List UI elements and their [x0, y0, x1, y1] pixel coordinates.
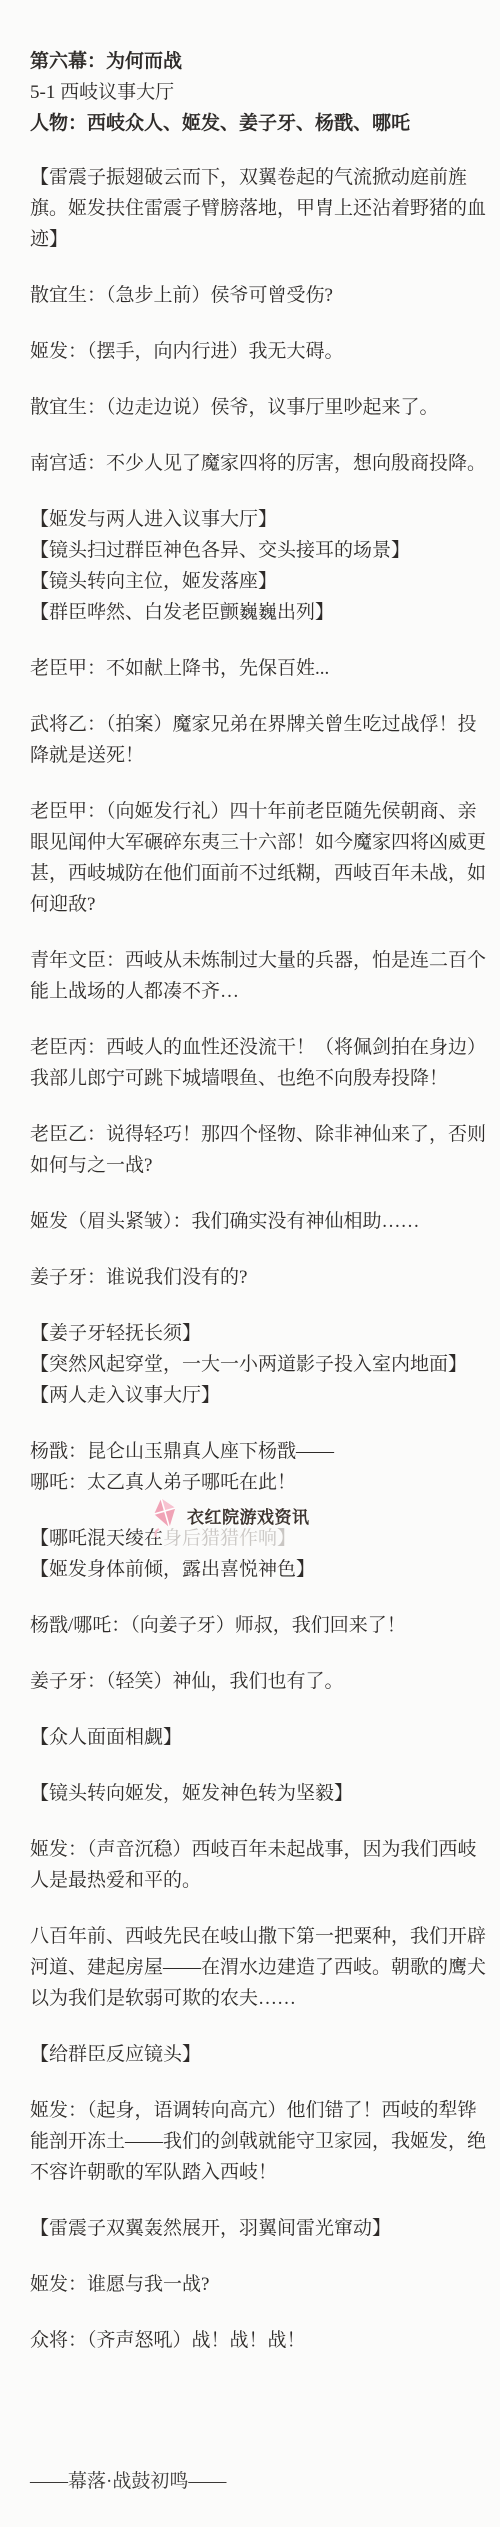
script-paragraph-dialogue: 老臣甲：不如献上降书，先保百姓... [30, 653, 470, 684]
script-paragraph-dialogue: 老臣乙：说得轻巧！那四个怪物、除非神仙来了，否则如何与之一战? [30, 1119, 470, 1181]
script-line: 老臣乙：说得轻巧！那四个怪物、除非神仙来了，否则 [30, 1119, 470, 1150]
script-line: 河道、建起房屋——在渭水边建造了西岐。朝歌的鹰犬 [30, 1952, 470, 1983]
act-title: 第六幕：为何而战 [30, 46, 470, 77]
script-line: 【众人面面相觑】 [30, 1722, 470, 1753]
script-line: 【突然风起穿堂，一大一小两道影子投入室内地面】 [30, 1349, 470, 1380]
script-line: 旗。姬发扶住雷震子臂膀落地，甲胄上还沾着野猪的血 [30, 193, 470, 224]
script-paragraph-dialogue: 杨戬/哪吒：（向姜子牙）师叔，我们回来了！ [30, 1610, 470, 1641]
script-paragraph-dialogue: 姬发：（摆手，向内行进）我无大碍。 [30, 336, 470, 367]
script-line: 能上战场的人都凑不齐… [30, 976, 470, 1007]
script-paragraph-dialogue: 众将：（齐声怒吼）战！战！战！ [30, 2325, 470, 2356]
character-list: 人物：西岐众人、姬发、姜子牙、杨戬、哪吒 [30, 108, 470, 139]
script-line: 不容许朝歌的军队踏入西岐！ [30, 2157, 470, 2188]
script-paragraph-stage: 【雷震子双翼轰然展开，羽翼间雷光窜动】 [30, 2213, 470, 2244]
script-line: 姬发（眉头紧皱）：我们确实没有神仙相助…… [30, 1206, 470, 1237]
script-text: 【哪吒混天绫在 [30, 1528, 163, 1549]
script-body: 【雷震子振翅破云而下，双翼卷起的气流掀动庭前旌旗。姬发扶住雷震子臂膀落地，甲胄上… [30, 162, 470, 2356]
script-line: 能剖开冻土——我们的剑戟就能守卫家园，我姬发，绝 [30, 2126, 470, 2157]
script-paragraph-stage: 【姜子牙轻抚长须】【突然风起穿堂，一大一小两道影子投入室内地面】【两人走入议事大… [30, 1318, 470, 1411]
script-paragraph-stage: 【众人面面相觑】 [30, 1722, 470, 1753]
script-paragraph-dialogue: 青年文臣：西岐从未炼制过大量的兵器，怕是连二百个能上战场的人都凑不齐… [30, 945, 470, 1007]
script-line: 姬发：（摆手，向内行进）我无大碍。 [30, 336, 470, 367]
script-line: 以为我们是软弱可欺的农夫…… [30, 1983, 470, 2014]
script-paragraph-dialogue: 杨戬：昆仑山玉鼎真人座下杨戬——哪吒：太乙真人弟子哪吒在此！ [30, 1436, 470, 1498]
scene-heading: 5-1 西岐议事大厅 [30, 77, 470, 108]
script-paragraph-dialogue: 散宜生：（边走边说）侯爷，议事厅里吵起来了。 [30, 392, 470, 423]
script-paragraph-dialogue: 八百年前、西岐先民在岐山撒下第一把粟种，我们开辟河道、建起房屋——在渭水边建造了… [30, 1921, 470, 2014]
script-paragraph-stage: 【镜头转向姬发，姬发神色转为坚毅】 [30, 1778, 470, 1809]
script-line: 青年文臣：西岐从未炼制过大量的兵器，怕是连二百个 [30, 945, 470, 976]
script-line: 老臣丙：西岐人的血性还没流干！（将佩剑拍在身边） [30, 1032, 470, 1063]
script-line: 【姜子牙轻抚长须】 [30, 1318, 470, 1349]
script-line: 如何与之一战? [30, 1150, 470, 1181]
script-line: 【镜头转向姬发，姬发神色转为坚毅】 [30, 1778, 470, 1809]
script-paragraph-dialogue: 散宜生：（急步上前）侯爷可曾受伤? [30, 280, 470, 311]
script-paragraph-stage: 【哪吒混天绫在身后猎猎作响】【姬发身体前倾，露出喜悦神色】 [30, 1523, 470, 1585]
script-paragraph-stage: 【姬发与两人进入议事大厅】【镜头扫过群臣神色各异、交头接耳的场景】【镜头转向主位… [30, 504, 470, 628]
script-line: 甚，西岐城防在他们面前不过纸糊，西岐百年未战，如 [30, 858, 470, 889]
script-line: 降就是送死！ [30, 740, 470, 771]
script-paragraph-stage: 【雷震子振翅破云而下，双翼卷起的气流掀动庭前旌旗。姬发扶住雷震子臂膀落地，甲胄上… [30, 162, 470, 255]
curtain-footer: ——幕落·战鼓初鸣—— [30, 2466, 470, 2497]
script-paragraph-dialogue: 姬发（眉头紧皱）：我们确实没有神仙相助…… [30, 1206, 470, 1237]
script-line: 杨戬：昆仑山玉鼎真人座下杨戬—— [30, 1436, 470, 1467]
script-line: 哪吒：太乙真人弟子哪吒在此！ [30, 1467, 470, 1498]
script-line: 【雷震子振翅破云而下，双翼卷起的气流掀动庭前旌 [30, 162, 470, 193]
script-line: 散宜生：（边走边说）侯爷，议事厅里吵起来了。 [30, 392, 470, 423]
script-line: 【雷震子双翼轰然展开，羽翼间雷光窜动】 [30, 2213, 470, 2244]
script-line: 南宫适：不少人见了魔家四将的厉害，想向殷商投降。 [30, 448, 470, 479]
script-line: 姬发：（声音沉稳）西岐百年未起战事，因为我们西岐 [30, 1834, 470, 1865]
script-page: 第六幕：为何而战 5-1 西岐议事大厅 人物：西岐众人、姬发、姜子牙、杨戬、哪吒… [0, 0, 500, 2527]
script-paragraph-dialogue: 姜子牙：（轻笑）神仙，我们也有了。 [30, 1666, 470, 1697]
script-paragraph-dialogue: 老臣丙：西岐人的血性还没流干！（将佩剑拍在身边）我部儿郎宁可跳下城墙喂鱼、也绝不… [30, 1032, 470, 1094]
script-paragraph-dialogue: 南宫适：不少人见了魔家四将的厉害，想向殷商投降。 [30, 448, 470, 479]
script-line: 何迎敌? [30, 889, 470, 920]
script-paragraph-dialogue: 姬发：（声音沉稳）西岐百年未起战事，因为我们西岐人是最热爱和平的。 [30, 1834, 470, 1896]
script-line: 老臣甲：（向姬发行礼）四十年前老臣随先侯朝商、亲 [30, 796, 470, 827]
script-line: 老臣甲：不如献上降书，先保百姓... [30, 653, 470, 684]
script-line: 我部儿郎宁可跳下城墙喂鱼、也绝不向殷寿投降！ [30, 1063, 470, 1094]
script-paragraph-dialogue: 姬发：谁愿与我一战? [30, 2269, 470, 2300]
script-line: 【两人走入议事大厅】 [30, 1380, 470, 1411]
script-line: 姜子牙：谁说我们没有的? [30, 1262, 470, 1293]
script-line: 杨戬/哪吒：（向姜子牙）师叔，我们回来了！ [30, 1610, 470, 1641]
script-line: 散宜生：（急步上前）侯爷可曾受伤? [30, 280, 470, 311]
script-paragraph-stage: 【给群臣反应镜头】 [30, 2039, 470, 2070]
script-line: 【姬发身体前倾，露出喜悦神色】 [30, 1554, 470, 1585]
script-line: 众将：（齐声怒吼）战！战！战！ [30, 2325, 470, 2356]
script-line: 姜子牙：（轻笑）神仙，我们也有了。 [30, 1666, 470, 1697]
script-line: 武将乙：（拍案）魔家兄弟在界牌关曾生吃过战俘！投 [30, 709, 470, 740]
script-line: 【镜头转向主位，姬发落座】 [30, 566, 470, 597]
script-paragraph-dialogue: 姜子牙：谁说我们没有的? [30, 1262, 470, 1293]
watermark-faded-text: 身后猎猎作响】 [163, 1528, 296, 1549]
script-line: 人是最热爱和平的。 [30, 1865, 470, 1896]
script-line: 姬发：（起身，语调转向高亢）他们错了！西岐的犁铧 [30, 2095, 470, 2126]
script-line: 眼见闻仲大军碾碎东夷三十六部！如今魔家四将凶威更 [30, 827, 470, 858]
script-line: 【哪吒混天绫在身后猎猎作响】 [30, 1523, 470, 1554]
script-line: 八百年前、西岐先民在岐山撒下第一把粟种，我们开辟 [30, 1921, 470, 1952]
script-paragraph-dialogue: 武将乙：（拍案）魔家兄弟在界牌关曾生吃过战俘！投降就是送死！ [30, 709, 470, 771]
script-paragraph-dialogue: 老臣甲：（向姬发行礼）四十年前老臣随先侯朝商、亲眼见闻仲大军碾碎东夷三十六部！如… [30, 796, 470, 920]
script-line: 【姬发与两人进入议事大厅】 [30, 504, 470, 535]
script-line: 【镜头扫过群臣神色各异、交头接耳的场景】 [30, 535, 470, 566]
script-line: 【给群臣反应镜头】 [30, 2039, 470, 2070]
script-line: 迹】 [30, 224, 470, 255]
script-line: 姬发：谁愿与我一战? [30, 2269, 470, 2300]
script-paragraph-dialogue: 姬发：（起身，语调转向高亢）他们错了！西岐的犁铧能剖开冻土——我们的剑戟就能守卫… [30, 2095, 470, 2188]
script-line: 【群臣哗然、白发老臣颤巍巍出列】 [30, 597, 470, 628]
